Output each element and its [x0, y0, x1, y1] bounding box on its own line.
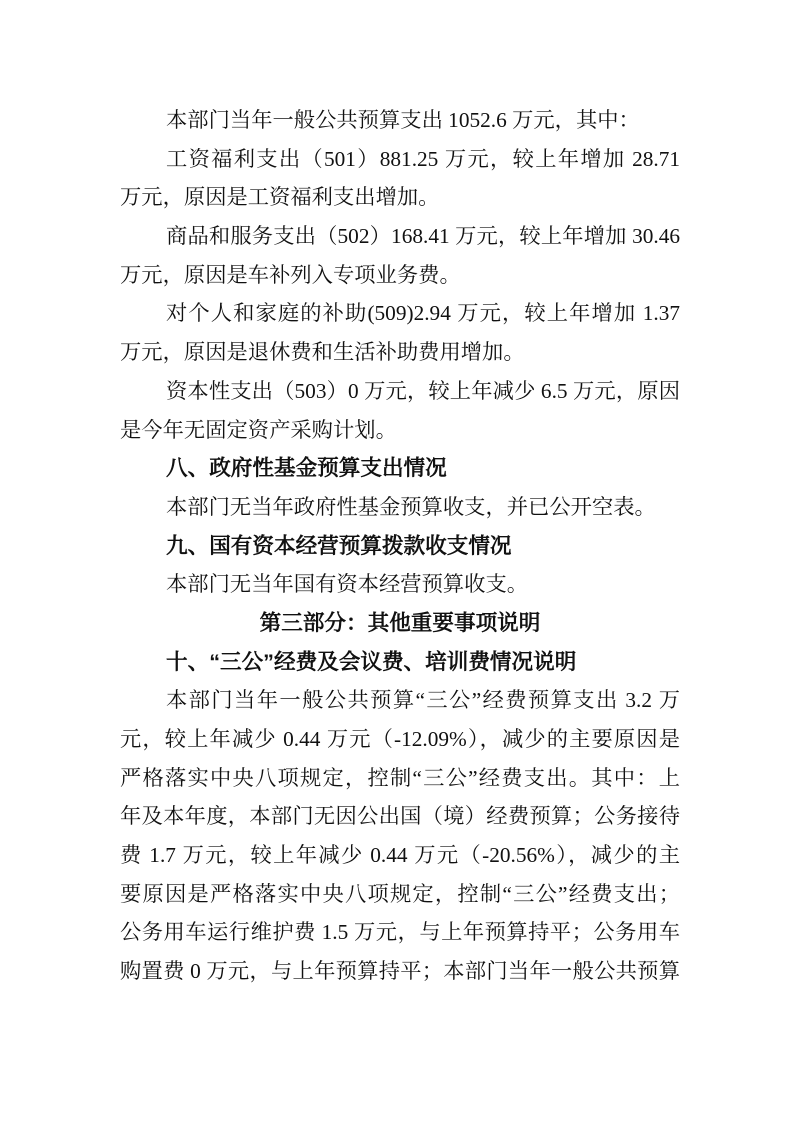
paragraph-line: 严格落实中央八项规定，控制“三公”经费支出。其中：上 [120, 759, 680, 798]
paragraph-line: 本部门当年一般公共预算“三公”经费预算支出 3.2 万 [120, 681, 680, 720]
heading-section-8: 八、政府性基金预算支出情况 [120, 449, 680, 488]
paragraph-line: 费 1.7 万元，较上年减少 0.44 万元（-20.56%），减少的主 [120, 836, 680, 875]
heading-section-10: 十、“三公”经费及会议费、培训费情况说明 [120, 643, 680, 682]
document-page: 本部门当年一般公共预算支出 1052.6 万元，其中： 工资福利支出（501）8… [0, 0, 793, 1122]
paragraph-line: 万元，原因是退休费和生活补助费用增加。 [120, 333, 680, 372]
paragraph-line: 本部门当年一般公共预算支出 1052.6 万元，其中： [120, 101, 680, 140]
part-three-title: 第三部分：其他重要事项说明 [120, 604, 680, 643]
paragraph-line: 是今年无固定资产采购计划。 [120, 411, 680, 450]
paragraph-line: 要原因是严格落实中央八项规定，控制“三公”经费支出； [120, 875, 680, 914]
paragraph-line: 年及本年度，本部门无因公出国（境）经费预算；公务接待 [120, 797, 680, 836]
paragraph-line: 工资福利支出（501）881.25 万元，较上年增加 28.71 [120, 140, 680, 179]
paragraph-line: 万元，原因是工资福利支出增加。 [120, 178, 680, 217]
paragraph-line: 资本性支出（503）0 万元，较上年减少 6.5 万元，原因 [120, 372, 680, 411]
paragraph-line: 购置费 0 万元，与上年预算持平；本部门当年一般公共预算 [120, 952, 680, 991]
paragraph-line: 公务用车运行维护费 1.5 万元，与上年预算持平；公务用车 [120, 913, 680, 952]
text-column: 本部门当年一般公共预算支出 1052.6 万元，其中： 工资福利支出（501）8… [120, 101, 680, 991]
paragraph-line: 对个人和家庭的补助(509)2.94 万元，较上年增加 1.37 [120, 294, 680, 333]
paragraph-line: 本部门无当年国有资本经营预算收支。 [120, 565, 680, 604]
paragraph-line: 元，较上年减少 0.44 万元（-12.09%），减少的主要原因是 [120, 720, 680, 759]
paragraph-line: 商品和服务支出（502）168.41 万元，较上年增加 30.46 [120, 217, 680, 256]
paragraph-line: 万元，原因是车补列入专项业务费。 [120, 256, 680, 295]
heading-section-9: 九、国有资本经营预算拨款收支情况 [120, 527, 680, 566]
paragraph-line: 本部门无当年政府性基金预算收支，并已公开空表。 [120, 488, 680, 527]
